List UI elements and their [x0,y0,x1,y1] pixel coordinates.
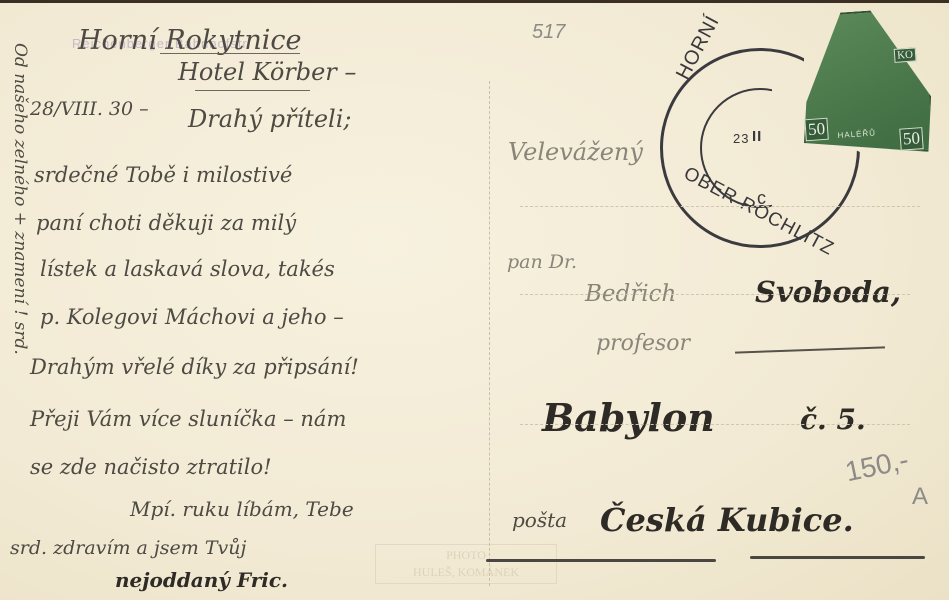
message-signature: nejoddaný Fric. [115,568,288,592]
profession-underline [735,346,885,353]
heading-underline [160,53,300,54]
address-house-number: č. 5. [800,403,866,436]
message-greeting: Drahý příteli; [188,105,351,133]
message-date: 28/VIII. 30 – [30,98,149,120]
stamp-value-left: 50 [804,118,828,142]
message-heading-hotel: Hotel Körber – [178,58,356,86]
margin-note-vertical: Od našeho zelného + znamení ! srd. [10,43,30,543]
postmark-day: 23 [733,131,749,146]
address-line-1 [520,206,920,207]
pencil-price: 150,- [842,444,911,489]
address-street: Babylon [542,395,715,440]
message-line-6: Přeji Vám více sluníčka – nám [30,407,346,431]
address-prefix: pan Dr. [507,251,577,273]
photo-imprint-line-2: HULEŠ, KOMÁNEK [376,564,556,581]
message-line-5: Drahým vřelé díky za připsání! [30,355,359,379]
stamp-value-right: 50 [899,127,923,151]
stamp-country-partial: KO [894,47,917,62]
message-line-1: srdečné Tobě i milostivé [34,163,292,187]
message-line-8: Mpí. ruku líbám, Tebe [130,497,354,521]
post-town-underline-left [486,559,716,562]
message-line-7: se zde načisto ztratilo! [30,455,272,479]
address-profession: profesor [596,331,690,356]
hotel-underline [195,90,310,91]
message-heading-place: Horní Rokytnice [78,25,302,56]
photo-imprint-box: PHOTO HULEŠ, KOMÁNEK [375,544,557,584]
message-line-9: srd. zdravím a jsem Tvůj [10,537,246,559]
post-town-underline-right [750,556,925,559]
message-line-2: paní choti děkuji za milý [36,211,296,235]
address-line-3 [520,424,910,425]
message-line-3: lístek a laskavá slova, takés [40,257,335,281]
address-salutation: Velevážený [508,138,643,166]
address-post-town: Česká Kubice. [600,501,854,539]
address-surname: Svoboda, [755,275,901,309]
message-line-4: p. Kolegovi Máchovi a jeho – [40,305,344,329]
postage-stamp: 50 50 HALÉŘŮ KO [795,7,935,161]
postcard-back: Reichenberger Bahnhofstr. Horní Rokytnic… [0,0,949,600]
address-line-2 [520,294,910,295]
pencil-grade: A [912,483,928,511]
address-post-label: pošta [512,508,567,532]
pencil-number-top: 517 [532,21,565,44]
postmark-month: II [752,128,762,145]
center-divider [489,81,490,586]
